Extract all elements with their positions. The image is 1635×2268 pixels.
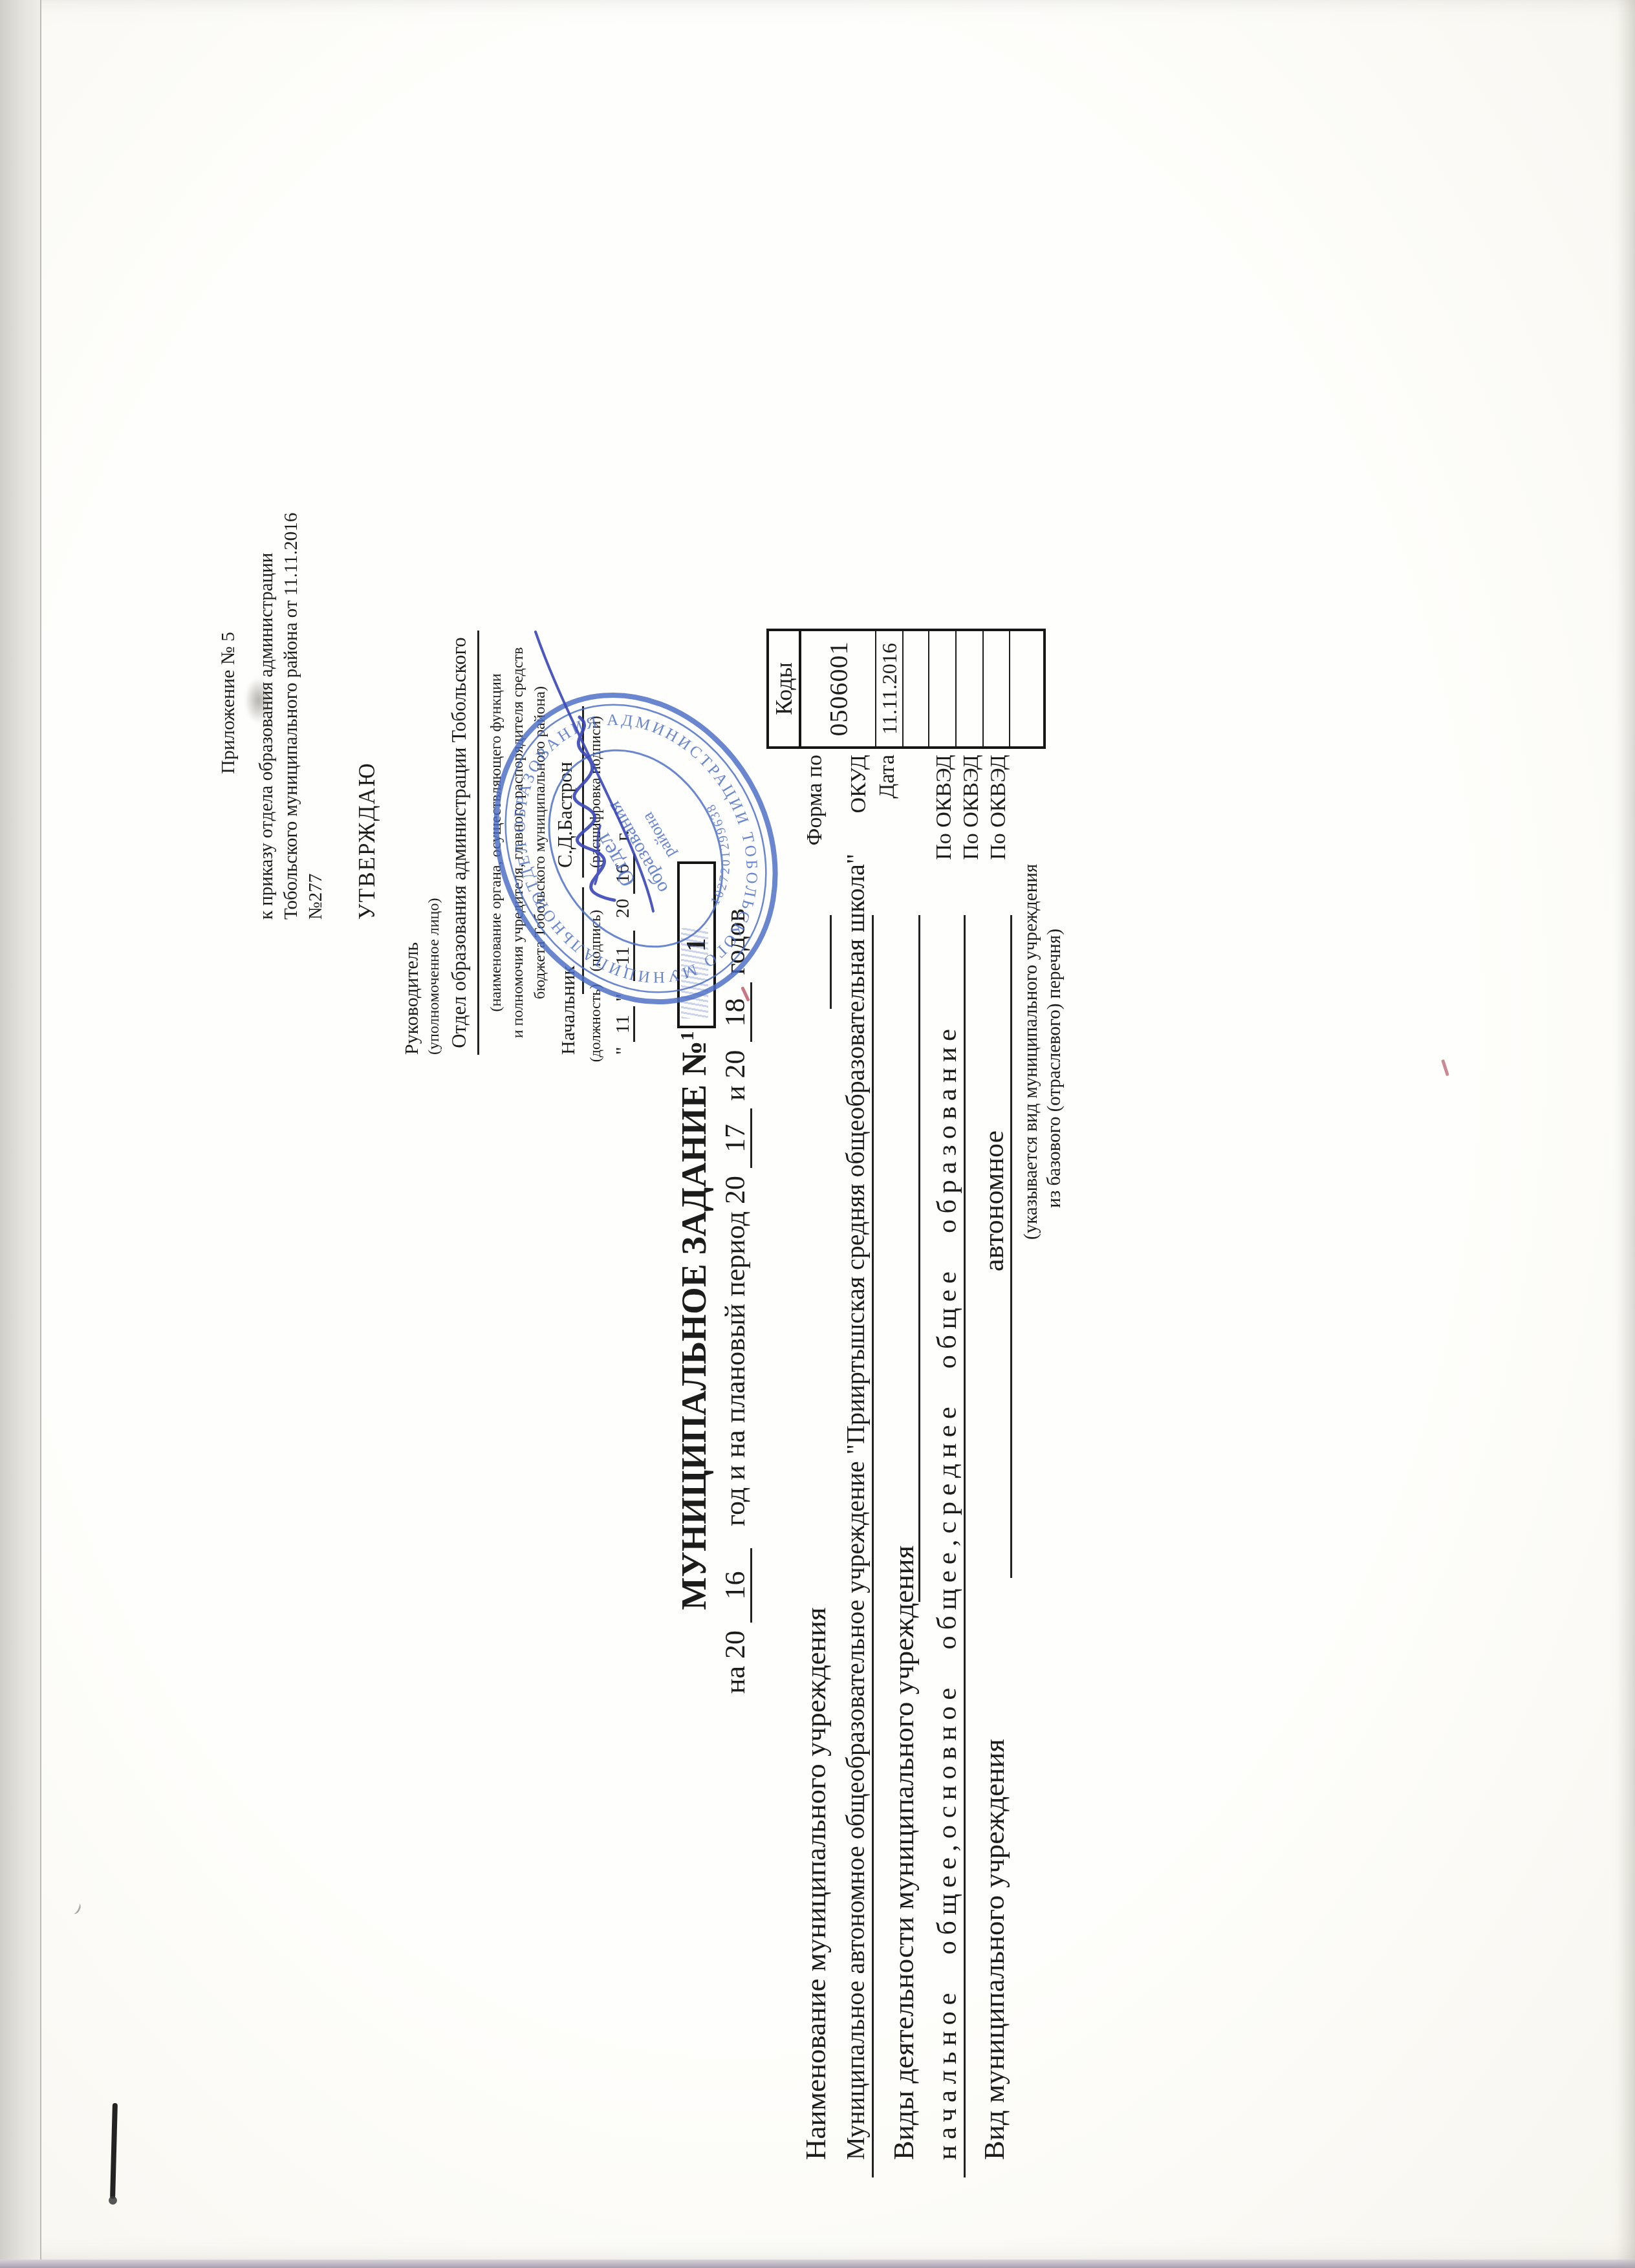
rotated-page-wrapper: Приложение № 5 к приказу отдела образова… <box>0 0 1635 2268</box>
red-pen-speck-2 <box>1441 1059 1449 1076</box>
handwritten-signature <box>517 625 679 923</box>
type-value: автономное <box>978 878 1011 1524</box>
subtitle-part2: год и на плановый период 20 <box>719 1176 751 1526</box>
paper-crease-mark <box>70 1901 82 1916</box>
appendix-line-1: Приложение № 5 <box>217 632 240 845</box>
type-note-1: (указывается вид муниципального учрежден… <box>1021 897 1042 1240</box>
org-underline <box>477 631 479 1055</box>
scanner-edge-bottom <box>0 2260 1635 2268</box>
codes-okved-label-1: По ОКВЭД <box>931 755 957 1007</box>
appendix-line-3: Тобольского муниципального района от 11.… <box>281 513 302 920</box>
approved-label: УТВЕРЖДАЮ <box>354 762 380 920</box>
subtitle-year2: 17 <box>720 1108 752 1168</box>
ink-smudge <box>244 677 273 724</box>
codes-empty-cell-1 <box>902 631 928 746</box>
activity-blank-line <box>918 915 920 1602</box>
subtitle-part1: на 20 <box>719 1630 751 1694</box>
page-title-text: МУНИЦИПАЛЬНОЕ ЗАДАНИЕ № <box>675 1041 713 1610</box>
activity-value: начальное общее,основное общее,среднее о… <box>931 1023 963 2160</box>
type-note-2: из базового (отраслевого) перечня) <box>1044 897 1065 1240</box>
name-value-underline <box>872 915 874 2177</box>
codes-okved-cell-2 <box>955 631 982 746</box>
scanned-document: Приложение № 5 к приказу отдела образова… <box>0 0 1635 2268</box>
scanner-edge-left <box>0 0 41 2268</box>
codes-empty-cell-2 <box>1009 631 1035 746</box>
activity-label: Виды деятельности муниципального учрежде… <box>887 1546 921 2160</box>
appendix-line-2: к приказу отдела образования администрац… <box>256 553 277 920</box>
name-blank-line <box>830 915 832 1009</box>
head-note: (уполномоченное лицо) <box>426 898 444 1055</box>
codes-date-label: Дата <box>874 755 900 1007</box>
staple-mark <box>110 2103 118 2199</box>
staple-head <box>109 2196 117 2205</box>
title-footnote-mark: 1 <box>677 1031 698 1041</box>
codes-okved-cell-1 <box>928 631 955 746</box>
appendix-line-4: №277 <box>305 874 327 920</box>
name-value: Муниципальное автономное общеобразовател… <box>841 854 871 2160</box>
type-value-underline <box>1010 915 1012 1578</box>
name-label: Наименование муниципального учреждения <box>799 1608 833 2160</box>
activity-value-underline <box>964 915 966 2177</box>
org-name: Отдел образования администрации Тобольск… <box>448 631 471 1055</box>
subtitle-part3: и 20 <box>719 1050 751 1101</box>
codes-okud-cell: 0506001 <box>799 631 875 746</box>
codes-okved-cell-3 <box>982 631 1009 746</box>
subtitle-year1: 16 <box>720 1548 752 1623</box>
scanner-edge-right <box>1616 0 1635 2268</box>
codes-table: Коды 0506001 11.11.2016 <box>766 629 1046 749</box>
codes-form-label-1: Форма по <box>802 755 827 1007</box>
document-page: Приложение № 5 к приказу отдела образова… <box>0 0 1635 2268</box>
page-title: МУНИЦИПАЛЬНОЕ ЗАДАНИЕ №1 <box>674 1023 714 1618</box>
type-label: Вид муниципального учреждения <box>978 1739 1012 2160</box>
head-label: Руководитель <box>401 942 424 1055</box>
date-open-quote: " <box>612 1047 633 1055</box>
codes-date-cell: 11.11.2016 <box>875 631 902 746</box>
